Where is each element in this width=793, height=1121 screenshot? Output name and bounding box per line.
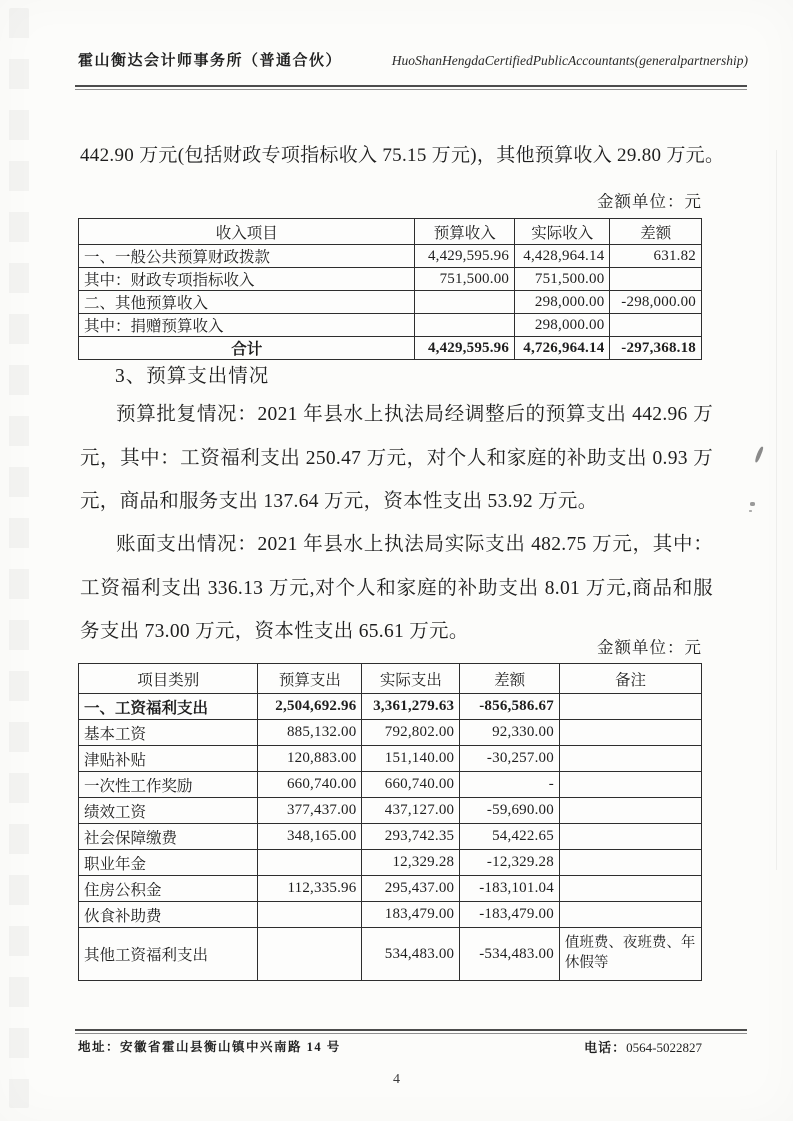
cell-diff: -59,690.00 <box>460 798 560 824</box>
firm-name-english: HuoShanHengdaCertifiedPublicAccountants(… <box>392 50 748 72</box>
footer-divider-line <box>75 1029 747 1034</box>
cell-actual: 3,361,279.63 <box>362 694 460 720</box>
cell-budget: 751,500.00 <box>415 268 515 291</box>
cell-actual: 151,140.00 <box>362 746 460 772</box>
cell-diff <box>610 268 702 291</box>
cell-budget: 348,165.00 <box>258 824 362 850</box>
cell-budget: 4,429,595.96 <box>415 337 515 360</box>
cell-item: 一次性工作奖励 <box>79 772 258 798</box>
cell-note <box>559 694 701 720</box>
expense-row: 伙食补助费 183,479.00 -183,479.00 <box>79 902 702 928</box>
cell-diff: -183,101.04 <box>460 876 560 902</box>
cell-budget <box>415 291 515 314</box>
cell-diff: -183,479.00 <box>460 902 560 928</box>
page-number: 4 <box>0 1072 793 1088</box>
cell-actual: 437,127.00 <box>362 798 460 824</box>
cell-item: 其中：财政专项指标收入 <box>79 268 415 291</box>
cell-diff: -297,368.18 <box>610 337 702 360</box>
cell-note <box>559 876 701 902</box>
expense-header-note: 备注 <box>559 664 701 694</box>
income-header-actual: 实际收入 <box>515 219 610 245</box>
expense-row: 住房公积金 112,335.96 295,437.00 -183,101.04 <box>79 876 702 902</box>
cell-note <box>559 824 701 850</box>
cell-budget <box>258 928 362 981</box>
cell-diff: -30,257.00 <box>460 746 560 772</box>
cell-diff: - <box>460 772 560 798</box>
budget-approval-paragraph: 预算批复情况：2021 年县水上执法局经调整后的预算支出 442.96 万元，其… <box>80 393 713 524</box>
expense-header-diff: 差额 <box>460 664 560 694</box>
income-table-header-row: 收入项目 预算收入 实际收入 差额 <box>79 219 702 245</box>
cell-diff: -12,329.28 <box>460 850 560 876</box>
cell-item: 合计 <box>79 337 415 360</box>
cell-actual: 660,740.00 <box>362 772 460 798</box>
income-row: 其中：捐赠预算收入 298,000.00 <box>79 314 702 337</box>
expense-category-total-row: 一、工资福利支出 2,504,692.96 3,361,279.63 -856,… <box>79 694 702 720</box>
income-total-row: 合计 4,429,595.96 4,726,964.14 -297,368.18 <box>79 337 702 360</box>
expense-row: 津贴补贴 120,883.00 151,140.00 -30,257.00 <box>79 746 702 772</box>
cell-actual: 298,000.00 <box>515 291 610 314</box>
cell-item: 一、工资福利支出 <box>79 694 258 720</box>
header-divider-line <box>75 85 747 90</box>
cell-budget: 4,429,595.96 <box>415 245 515 268</box>
cell-note <box>559 772 701 798</box>
income-row: 二、其他预算收入 298,000.00 -298,000.00 <box>79 291 702 314</box>
income-header-diff: 差额 <box>610 219 702 245</box>
scan-artifact-smudge <box>754 446 764 463</box>
expense-row: 职业年金 12,329.28 -12,329.28 <box>79 850 702 876</box>
cell-budget <box>258 850 362 876</box>
expense-row-other-welfare: 其他工资福利支出 534,483.00 -534,483.00 值班费、夜班费、… <box>79 928 702 981</box>
cell-diff: 631.82 <box>610 245 702 268</box>
cell-diff <box>610 314 702 337</box>
expense-row: 社会保障缴费 348,165.00 293,742.35 54,422.65 <box>79 824 702 850</box>
expense-row: 基本工资 885,132.00 792,802.00 92,330.00 <box>79 720 702 746</box>
cell-actual: 792,802.00 <box>362 720 460 746</box>
cell-budget: 112,335.96 <box>258 876 362 902</box>
cell-budget: 120,883.00 <box>258 746 362 772</box>
expense-row: 绩效工资 377,437.00 437,127.00 -59,690.00 <box>79 798 702 824</box>
income-header-item: 收入项目 <box>79 219 415 245</box>
binding-holes-scan-marks <box>9 8 29 1108</box>
cell-note <box>559 850 701 876</box>
cell-actual: 298,000.00 <box>515 314 610 337</box>
cell-budget: 2,504,692.96 <box>258 694 362 720</box>
cell-diff: 92,330.00 <box>460 720 560 746</box>
income-table: 收入项目 预算收入 实际收入 差额 一、一般公共预算财政拨款 4,429,595… <box>78 218 702 360</box>
cell-note <box>559 902 701 928</box>
cell-actual: 12,329.28 <box>362 850 460 876</box>
expense-table-header-row: 项目类别 预算支出 实际支出 差额 备注 <box>79 664 702 694</box>
expense-row: 一次性工作奖励 660,740.00 660,740.00 - <box>79 772 702 798</box>
cell-budget: 377,437.00 <box>258 798 362 824</box>
cell-item: 职业年金 <box>79 850 258 876</box>
cell-budget <box>258 902 362 928</box>
cell-note <box>559 746 701 772</box>
income-summary-paragraph: 442.90 万元(包括财政专项指标收入 75.15 万元)，其他预算收入 29… <box>80 140 780 167</box>
expense-header-category: 项目类别 <box>79 664 258 694</box>
cell-diff: -856,586.67 <box>460 694 560 720</box>
cell-item: 住房公积金 <box>79 876 258 902</box>
scan-artifact-smudge <box>750 502 755 506</box>
cell-item: 绩效工资 <box>79 798 258 824</box>
cell-actual: 534,483.00 <box>362 928 460 981</box>
cell-diff: -534,483.00 <box>460 928 560 981</box>
cell-note <box>559 720 701 746</box>
cell-diff: 54,422.65 <box>460 824 560 850</box>
cell-budget: 885,132.00 <box>258 720 362 746</box>
income-row: 一、一般公共预算财政拨款 4,429,595.96 4,428,964.14 6… <box>79 245 702 268</box>
expense-table: 项目类别 预算支出 实际支出 差额 备注 一、工资福利支出 2,504,692.… <box>78 663 702 981</box>
cell-item: 津贴补贴 <box>79 746 258 772</box>
cell-actual: 295,437.00 <box>362 876 460 902</box>
income-header-budget: 预算收入 <box>415 219 515 245</box>
expense-header-actual: 实际支出 <box>362 664 460 694</box>
cell-diff: -298,000.00 <box>610 291 702 314</box>
cell-item: 二、其他预算收入 <box>79 291 415 314</box>
expense-header-budget: 预算支出 <box>258 664 362 694</box>
footer-phone-label: 电话： <box>584 1040 626 1055</box>
cell-item: 基本工资 <box>79 720 258 746</box>
cell-note <box>559 798 701 824</box>
cell-actual: 4,428,964.14 <box>515 245 610 268</box>
cell-item: 其他工资福利支出 <box>79 928 258 981</box>
scanned-document-page: 霍山衡达会计师事务所（普通合伙） HuoShanHengdaCertifiedP… <box>0 0 793 1121</box>
income-row: 其中：财政专项指标收入 751,500.00 751,500.00 <box>79 268 702 291</box>
cell-actual: 183,479.00 <box>362 902 460 928</box>
firm-name-chinese: 霍山衡达会计师事务所（普通合伙） <box>78 50 342 72</box>
section-heading-budget-expenditure: 3、预算支出情况 <box>115 360 269 388</box>
footer-phone-number: 0564-5022827 <box>626 1040 702 1055</box>
cell-item: 伙食补助费 <box>79 902 258 928</box>
page-header: 霍山衡达会计师事务所（普通合伙） HuoShanHengdaCertifiedP… <box>78 50 748 72</box>
cell-item: 社会保障缴费 <box>79 824 258 850</box>
cell-item: 一、一般公共预算财政拨款 <box>79 245 415 268</box>
amount-unit-label: 金额单位：元 <box>78 188 702 212</box>
cell-actual: 4,726,964.14 <box>515 337 610 360</box>
cell-actual: 751,500.00 <box>515 268 610 291</box>
scan-artifact-line <box>776 150 777 870</box>
cell-budget: 660,740.00 <box>258 772 362 798</box>
cell-item: 其中：捐赠预算收入 <box>79 314 415 337</box>
amount-unit-label: 金额单位：元 <box>78 634 702 658</box>
cell-actual: 293,742.35 <box>362 824 460 850</box>
cell-note: 值班费、夜班费、年休假等 <box>559 928 701 981</box>
cell-budget <box>415 314 515 337</box>
footer-phone: 电话：0564-5022827 <box>78 1037 702 1056</box>
